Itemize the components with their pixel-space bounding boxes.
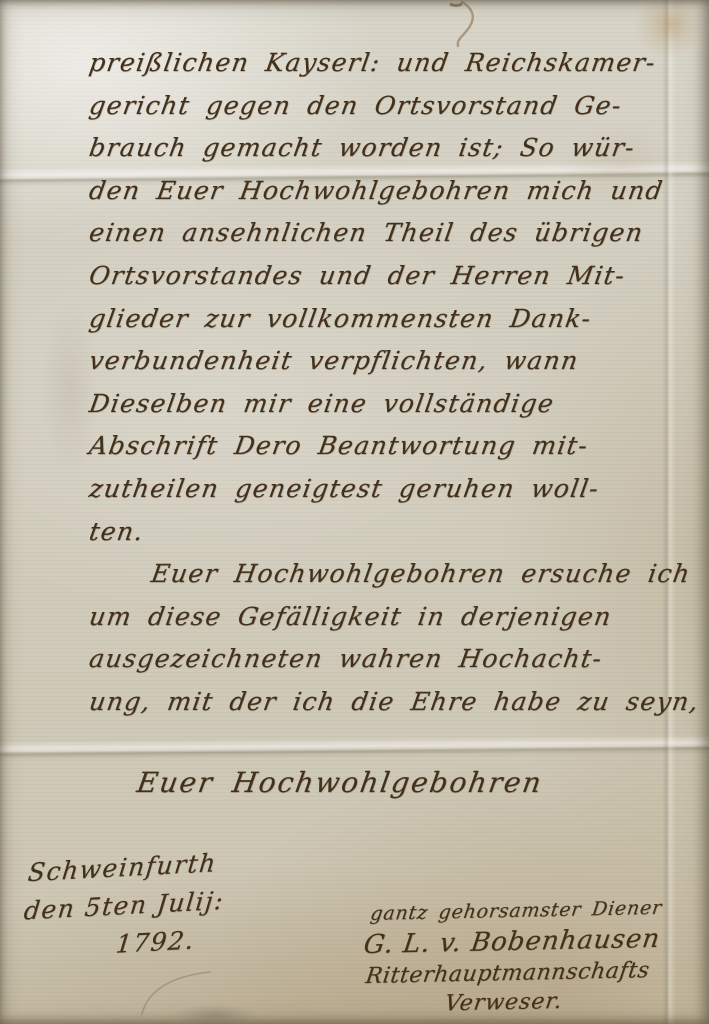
letter-line: den Euer Hochwohlgebohren mich und xyxy=(86,170,683,213)
letter-line: Abschrift Dero Beantwortung mit- xyxy=(86,425,683,468)
letter-line: einen ansehnlichen Theil des übrigen xyxy=(86,212,683,255)
letter-line: um diese Gefälligkeit in derjenigen xyxy=(86,596,683,639)
letter-line: ten. xyxy=(86,511,683,554)
scanned-letter-page: preißlichen Kayserl: und Reichskamer- ge… xyxy=(0,0,709,1024)
pencil-squiggle xyxy=(132,968,222,1020)
ink-ghost-squiggle xyxy=(444,0,514,48)
horizontal-fold-crease-bottom xyxy=(0,735,709,761)
letter-line: Ortsvorstandes und der Herren Mit- xyxy=(86,255,683,298)
letter-line: verbundenheit verpflichten, wann xyxy=(86,340,683,383)
letter-body: preißlichen Kayserl: und Reichskamer- ge… xyxy=(86,42,676,724)
dateline-block: Schweinfurth den 5ten Julij: 1792. xyxy=(18,844,230,969)
letter-line: Euer Hochwohlgebohren ersuche ich xyxy=(86,553,683,596)
letter-line: brauch gemacht worden ist; So wür- xyxy=(86,127,683,170)
smudge-bottom-center xyxy=(172,1004,256,1024)
letter-line: ung, mit der ich die Ehre habe zu seyn, xyxy=(86,681,683,724)
signature-block: gantz gehorsamster Diener G. L. v. Boben… xyxy=(350,893,671,1021)
letter-line: preißlichen Kayserl: und Reichskamer- xyxy=(86,42,683,85)
letter-line: gericht gegen den Ortsvorstand Ge- xyxy=(86,85,683,128)
letter-line: zutheilen geneigtest geruhen woll- xyxy=(86,468,683,511)
letter-line: ausgezeichneten wahren Hochacht- xyxy=(86,638,683,681)
letter-line: glieder zur vollkommensten Dank- xyxy=(86,298,683,341)
letter-line: Dieselben mir eine vollständige xyxy=(86,383,683,426)
closing-honorific: Euer Hochwohlgebohren xyxy=(0,766,683,799)
